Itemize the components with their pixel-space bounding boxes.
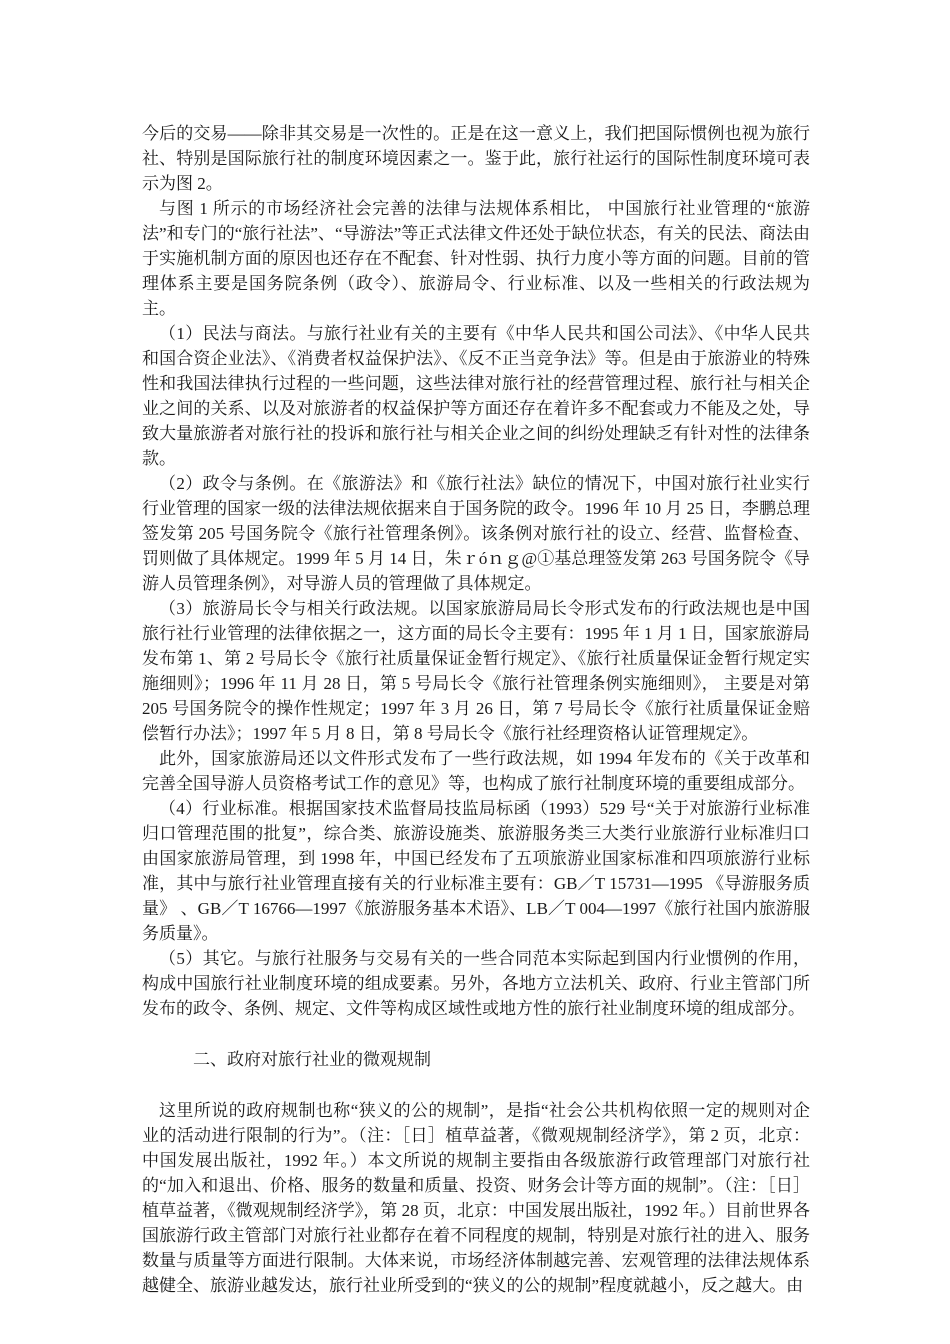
paragraph: （5）其它。与旅行社服务与交易有关的一些合同范本实际起到国内行业惯例的作用，构成… bbox=[142, 946, 810, 1021]
paragraph: 今后的交易——除非其交易是一次性的。正是在这一意义上，我们把国际惯例也视为旅行社… bbox=[142, 121, 810, 196]
paragraph: （2）政令与条例。在《旅游法》和《旅行社法》缺位的情况下，中国对旅行社业实行行业… bbox=[142, 471, 810, 596]
section-heading: 二、政府对旅行社业的微观规制 bbox=[142, 1047, 810, 1072]
paragraph: 这里所说的政府规制也称“狭义的公的规制”，是指“社会公共机构依照一定的规则对企业… bbox=[142, 1098, 810, 1298]
paragraph: （4）行业标准。根据国家技术监督局技监局标函（1993）529 号“关于对旅游行… bbox=[142, 796, 810, 946]
paragraph: （1）民法与商法。与旅行社业有关的主要有《中华人民共和国公司法》、《中华人民共和… bbox=[142, 321, 810, 471]
document-page: 今后的交易——除非其交易是一次性的。正是在这一意义上，我们把国际惯例也视为旅行社… bbox=[0, 0, 950, 1344]
paragraph: 与图 1 所示的市场经济社会完善的法律与法规体系相比， 中国旅行社业管理的“旅游… bbox=[142, 196, 810, 321]
document-content: 今后的交易——除非其交易是一次性的。正是在这一意义上，我们把国际惯例也视为旅行社… bbox=[142, 121, 810, 1298]
paragraph: （3）旅游局长令与相关行政法规。以国家旅游局局长令形式发布的行政法规也是中国旅行… bbox=[142, 596, 810, 746]
paragraph: 此外，国家旅游局还以文件形式发布了一些行政法规，如 1994 年发布的《关于改革… bbox=[142, 746, 810, 796]
